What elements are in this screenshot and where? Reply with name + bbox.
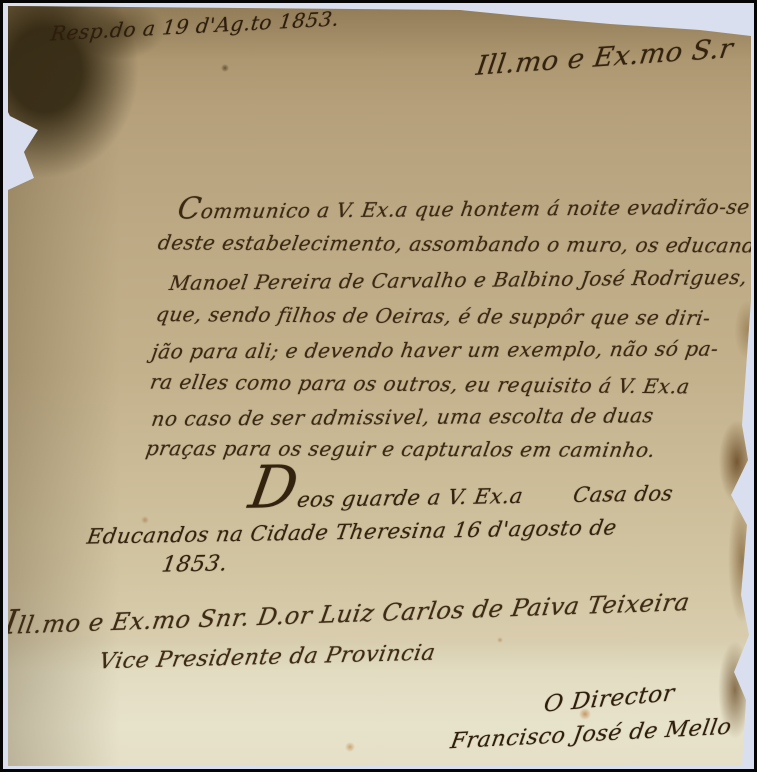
letter-paper: Resp.do a 19 d'Ag.to 1853. Ill.mo e Ex.m… bbox=[0, 0, 757, 772]
closing-valediction-line: Deos guarde a V. Ex.a Casa dos bbox=[246, 464, 678, 512]
annotation-response-note: Resp.do a 19 d'Ag.to 1853. bbox=[49, 7, 340, 46]
signature-role: O Director bbox=[542, 680, 676, 717]
body-line-3: Manoel Pereira de Carvalho e Balbino Jos… bbox=[168, 265, 749, 295]
body-line-4: que, sendo filhos de Oeiras, é de suppôr… bbox=[154, 302, 712, 330]
salutation-line: Ill.mo e Ex.mo S.r bbox=[474, 33, 735, 82]
signature-name: Francisco José de Mello bbox=[449, 715, 734, 755]
address-title-line: Vice Presidente da Provincia bbox=[97, 641, 437, 675]
address-recipient-line: Ill.mo e Ex.mo Snr. D.or Luiz Carlos de … bbox=[2, 588, 692, 640]
body-line-1: Communico a V. Ex.a que hontem á noite e… bbox=[176, 194, 752, 224]
photo-frame: Resp.do a 19 d'Ag.to 1853. Ill.mo e Ex.m… bbox=[0, 0, 757, 772]
body-line-6: ra elles como para os outros, eu requisi… bbox=[148, 370, 691, 399]
closing-year-line: 1853. bbox=[160, 551, 230, 577]
body-line-2: deste estabelecimento, assombando o muro… bbox=[156, 230, 757, 257]
closing-place-date-line: Educandos na Cidade Theresina 16 d'agost… bbox=[85, 515, 618, 548]
body-line-5: jão para ali; e devendo haver um exemplo… bbox=[150, 337, 720, 364]
body-line-7: no caso de ser admissivel, uma escolta d… bbox=[150, 403, 656, 430]
body-line-8: praças para os seguir e capturalos em ca… bbox=[144, 436, 657, 462]
